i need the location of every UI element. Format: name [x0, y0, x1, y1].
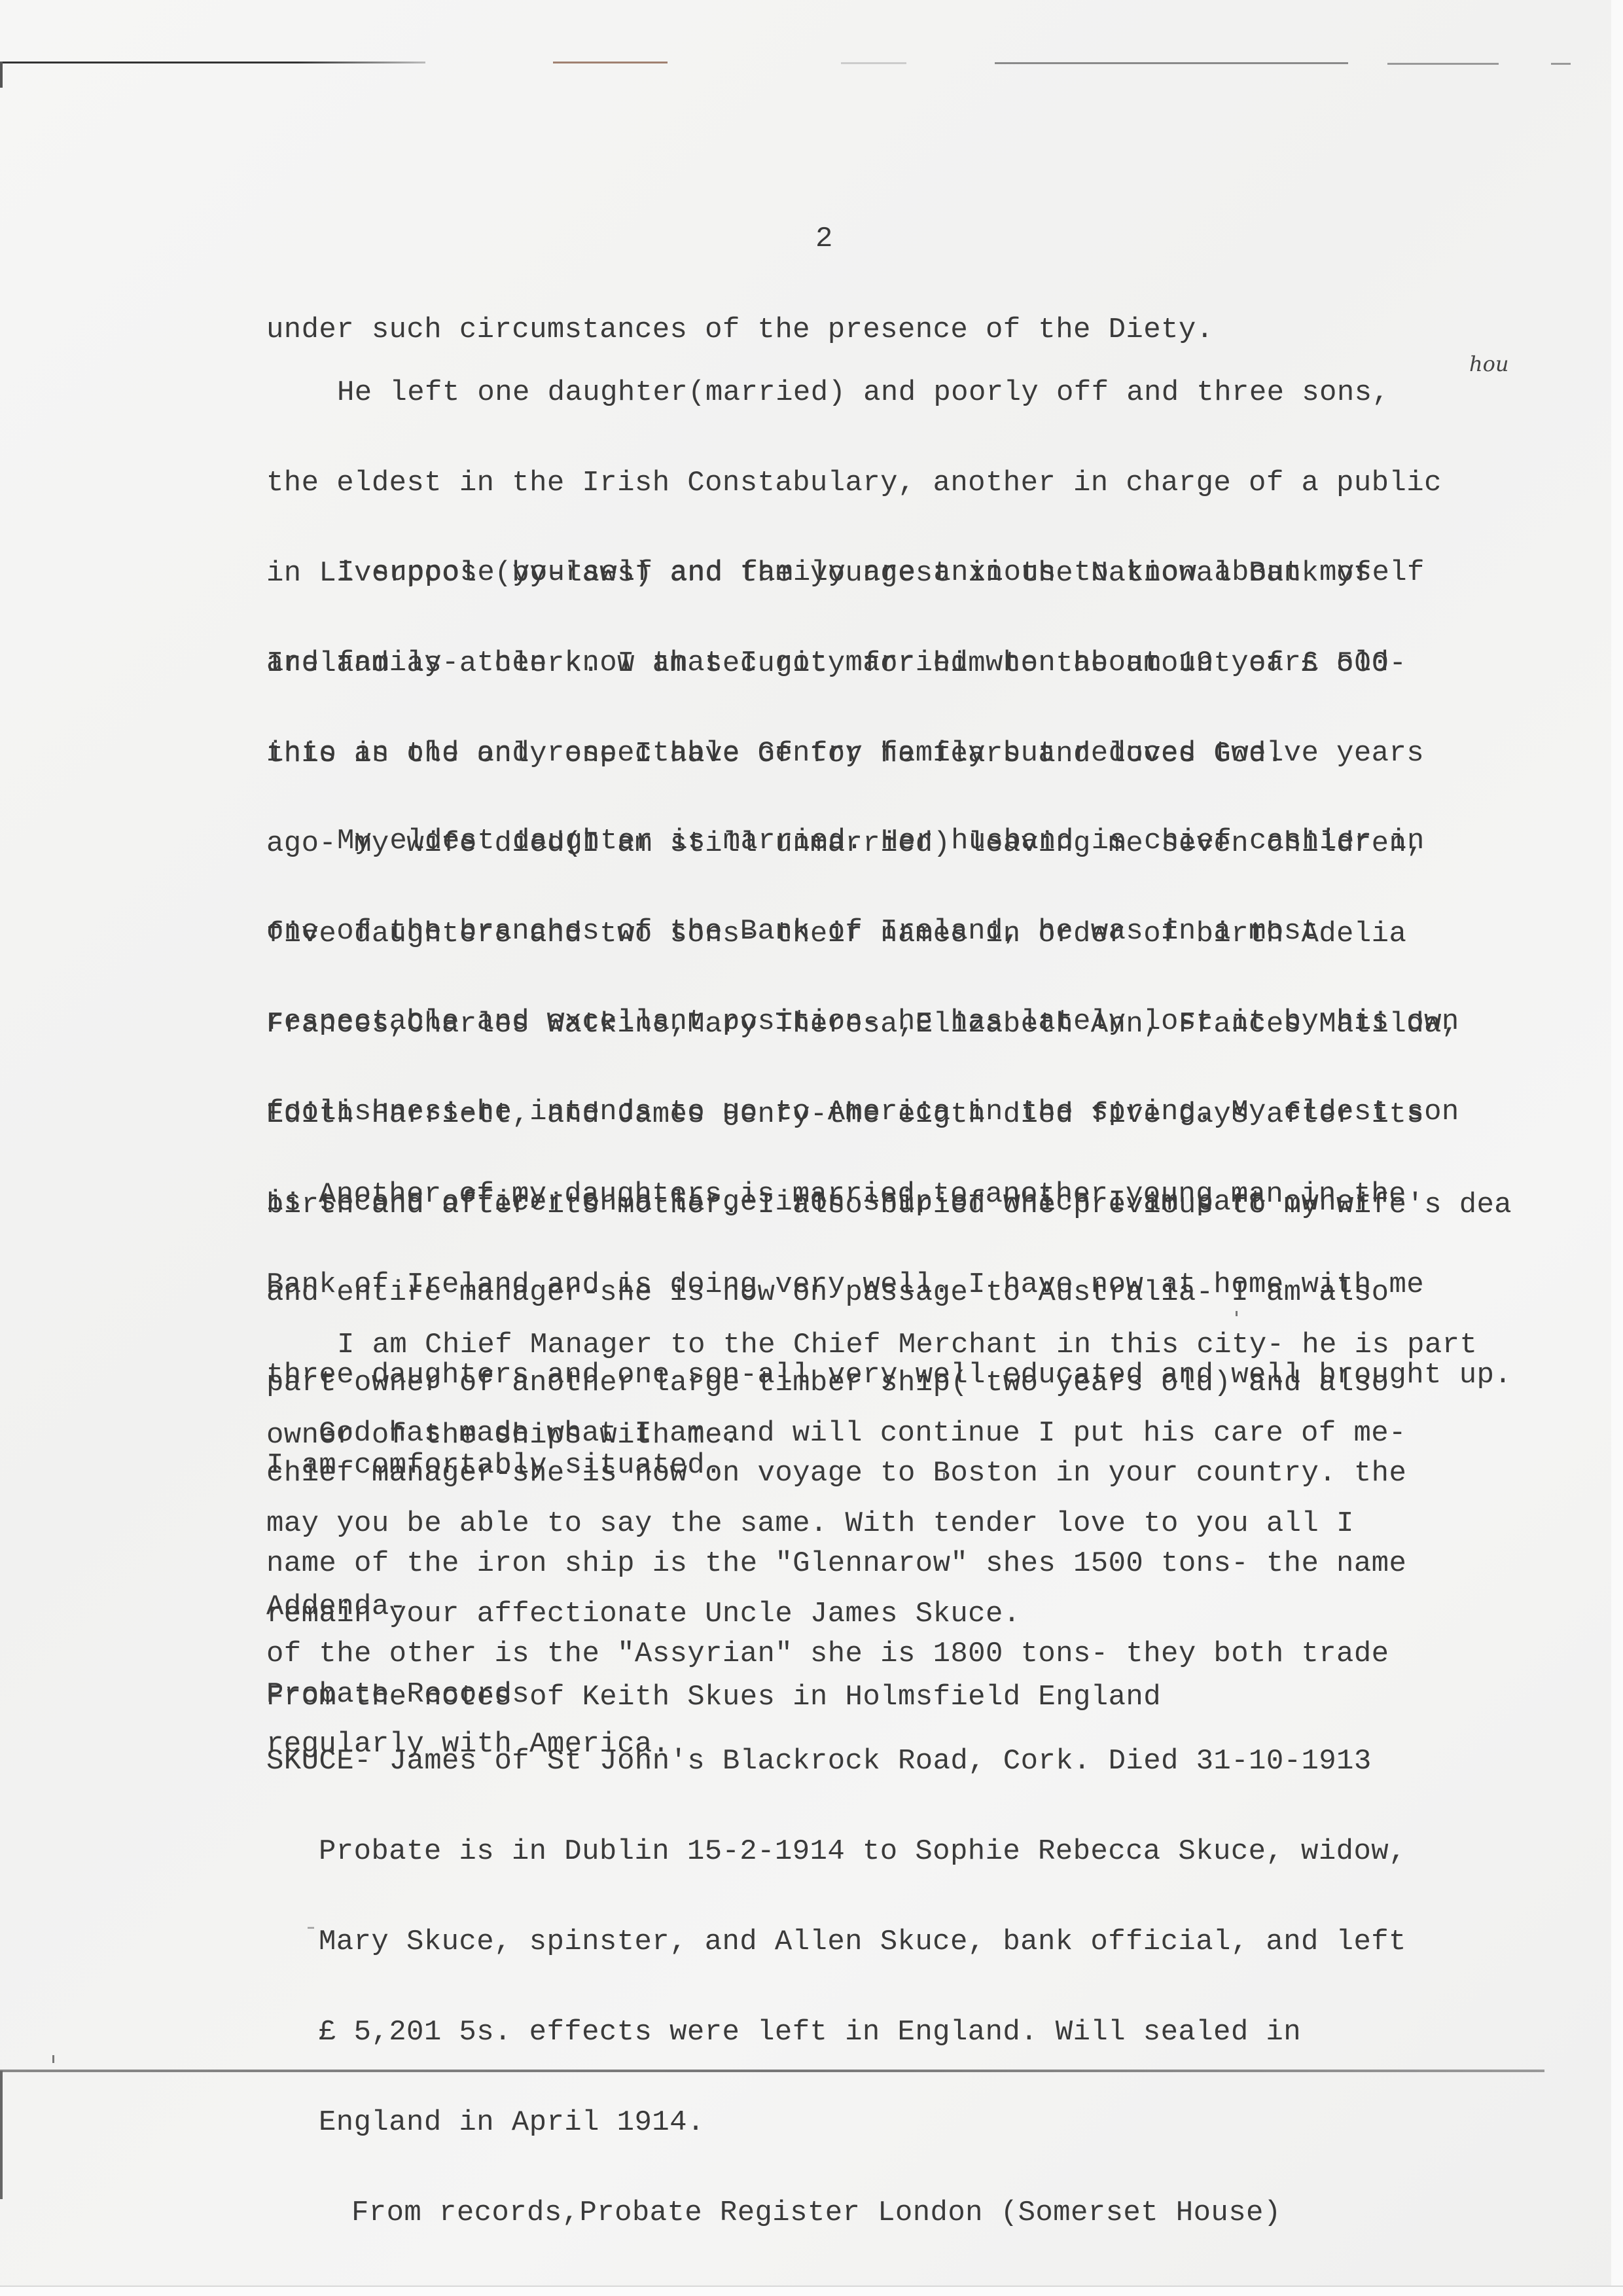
scan-top-rule	[995, 62, 1348, 64]
text-line: respectable and excellant position- he h…	[266, 1007, 1459, 1037]
text-line: I am Chief Manager to the Chief Merchant…	[266, 1330, 1477, 1360]
text-line: I suppose yourself and family are anxiou…	[266, 558, 1512, 588]
scan-top-rule	[1387, 63, 1499, 65]
scan-top-rule	[553, 62, 668, 63]
text-line: into an old and respectable Gentry famil…	[266, 738, 1512, 768]
scan-speck	[52, 2055, 54, 2063]
addenda-title: Addenda-	[266, 1592, 1161, 1622]
scan-left-rule	[0, 62, 3, 88]
text-line: £ 5,201 5s. effects were left in England…	[266, 2017, 1406, 2047]
scan-speck	[943, 1473, 945, 1479]
scan-left-rule	[0, 2071, 3, 2199]
scan-top-rule	[841, 62, 906, 64]
text-line: My eldest daughter is married. Her husba…	[266, 826, 1459, 856]
text-line: He left one daughter(married) and poorly…	[266, 378, 1442, 408]
scan-right-edge	[1611, 0, 1623, 2296]
text-line: Another of my daughters is married to an…	[266, 1179, 1512, 1210]
scanned-page: 2 hou under such circumstances of the pr…	[0, 0, 1623, 2296]
probate-entry: SKUCE- James of St John's Blackrock Road…	[266, 1686, 1406, 2288]
scan-speck	[308, 1927, 314, 1929]
probate-entry-first-line: SKUCE- James of St John's Blackrock Road…	[266, 1746, 1406, 1776]
scan-top-rule	[1551, 63, 1571, 65]
text-line: Mary Skuce, spinster, and Allen Skuce, b…	[266, 1927, 1406, 1957]
text-line: God has made what I am and will continue…	[266, 1418, 1406, 1448]
scan-top-rule	[0, 62, 425, 63]
text-line: one of the branches of the Bank of Irela…	[266, 916, 1459, 946]
handwritten-margin-note: hou	[1469, 351, 1508, 376]
text-line: and family- then know that I got married…	[266, 648, 1512, 678]
text-line: England in April 1914.	[266, 2108, 1406, 2138]
probate-source: From records,Probate Register London (So…	[266, 2198, 1406, 2228]
scan-speck	[1236, 1311, 1238, 1316]
page-number: 2	[815, 224, 832, 254]
text-line: the eldest in the Irish Constabulary, an…	[266, 468, 1442, 498]
text-line: Probate is in Dublin 15-2-1914 to Sophie…	[266, 1837, 1406, 1867]
